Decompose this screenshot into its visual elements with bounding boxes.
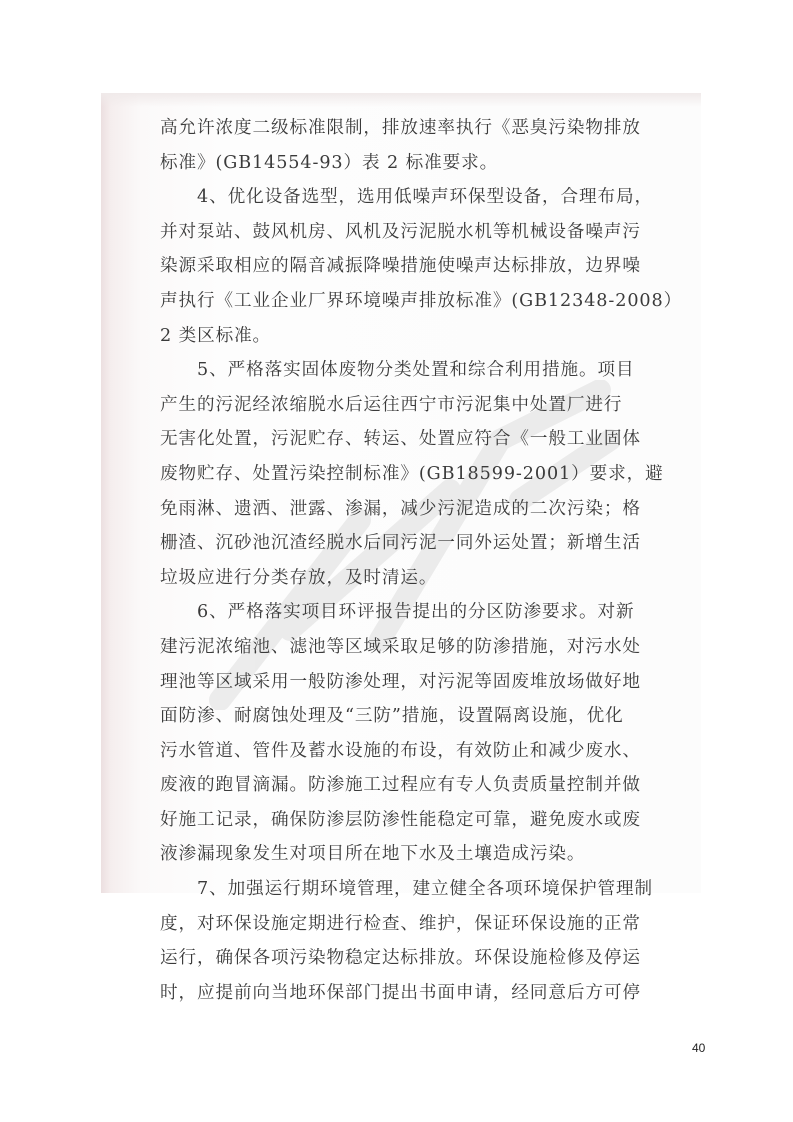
text-line: 污水管道、管件及蓄水设施的布设，有效防止和减少废水、 bbox=[160, 734, 660, 769]
text-line: 时，应提前向当地环保部门提出书面申请，经同意后方可停 bbox=[160, 976, 660, 1011]
text-line: 免雨淋、遗洒、泄露、渗漏，减少污泥造成的二次污染；格 bbox=[160, 492, 660, 527]
text-line: 并对泵站、鼓风机房、风机及污泥脱水机等机械设备噪声污 bbox=[160, 215, 660, 250]
text-line: 2 类区标准。 bbox=[160, 319, 660, 354]
text-line: 液渗漏现象发生对项目所在地下水及土壤造成污染。 bbox=[160, 837, 660, 872]
text-line: 栅渣、沉砂池沉渣经脱水后同污泥一同外运处置；新增生活 bbox=[160, 526, 660, 561]
text-line: 垃圾应进行分类存放，及时清运。 bbox=[160, 561, 660, 596]
text-line: 产生的污泥经浓缩脱水后运往西宁市污泥集中处置厂进行 bbox=[160, 388, 660, 423]
document-body: 高允许浓度二级标准限制，排放速率执行《恶臭污染物排放标准》(GB14554-93… bbox=[160, 111, 660, 1010]
text-line: 建污泥浓缩池、滤池等区域采取足够的防渗措施，对污水处 bbox=[160, 630, 660, 665]
text-line: 无害化处置，污泥贮存、转运、处置应符合《一般工业固体 bbox=[160, 422, 660, 457]
text-line: 废液的跑冒滴漏。防渗施工过程应有专人负责质量控制并做 bbox=[160, 768, 660, 803]
text-line: 6、严格落实项目环评报告提出的分区防渗要求。对新 bbox=[160, 595, 660, 630]
text-line: 高允许浓度二级标准限制，排放速率执行《恶臭污染物排放 bbox=[160, 111, 660, 146]
text-line: 度，对环保设施定期进行检查、维护，保证环保设施的正常 bbox=[160, 907, 660, 942]
text-line: 7、加强运行期环境管理，建立健全各项环境保护管理制 bbox=[160, 872, 660, 907]
text-line: 声执行《工业企业厂界环境噪声排放标准》(GB12348-2008） bbox=[160, 284, 660, 319]
text-line: 面防渗、耐腐蚀处理及“三防”措施，设置隔离设施，优化 bbox=[160, 699, 660, 734]
text-line: 染源采取相应的隔音减振降噪措施使噪声达标排放，边界噪 bbox=[160, 249, 660, 284]
text-line: 运行，确保各项污染物稳定达标排放。环保设施检修及停运 bbox=[160, 941, 660, 976]
text-line: 理池等区域采用一般防渗处理，对污泥等固废堆放场做好地 bbox=[160, 665, 660, 700]
text-line: 5、严格落实固体废物分类处置和综合利用措施。项目 bbox=[160, 353, 660, 388]
text-line: 废物贮存、处置污染控制标准》(GB18599-2001）要求，避 bbox=[160, 457, 660, 492]
text-line: 好施工记录，确保防渗层防渗性能稳定可靠，避免废水或废 bbox=[160, 803, 660, 838]
page-number: 40 bbox=[692, 1041, 705, 1055]
text-line: 4、优化设备选型，选用低噪声环保型设备，合理布局， bbox=[160, 180, 660, 215]
text-line: 标准》(GB14554-93）表 2 标准要求。 bbox=[160, 146, 660, 181]
